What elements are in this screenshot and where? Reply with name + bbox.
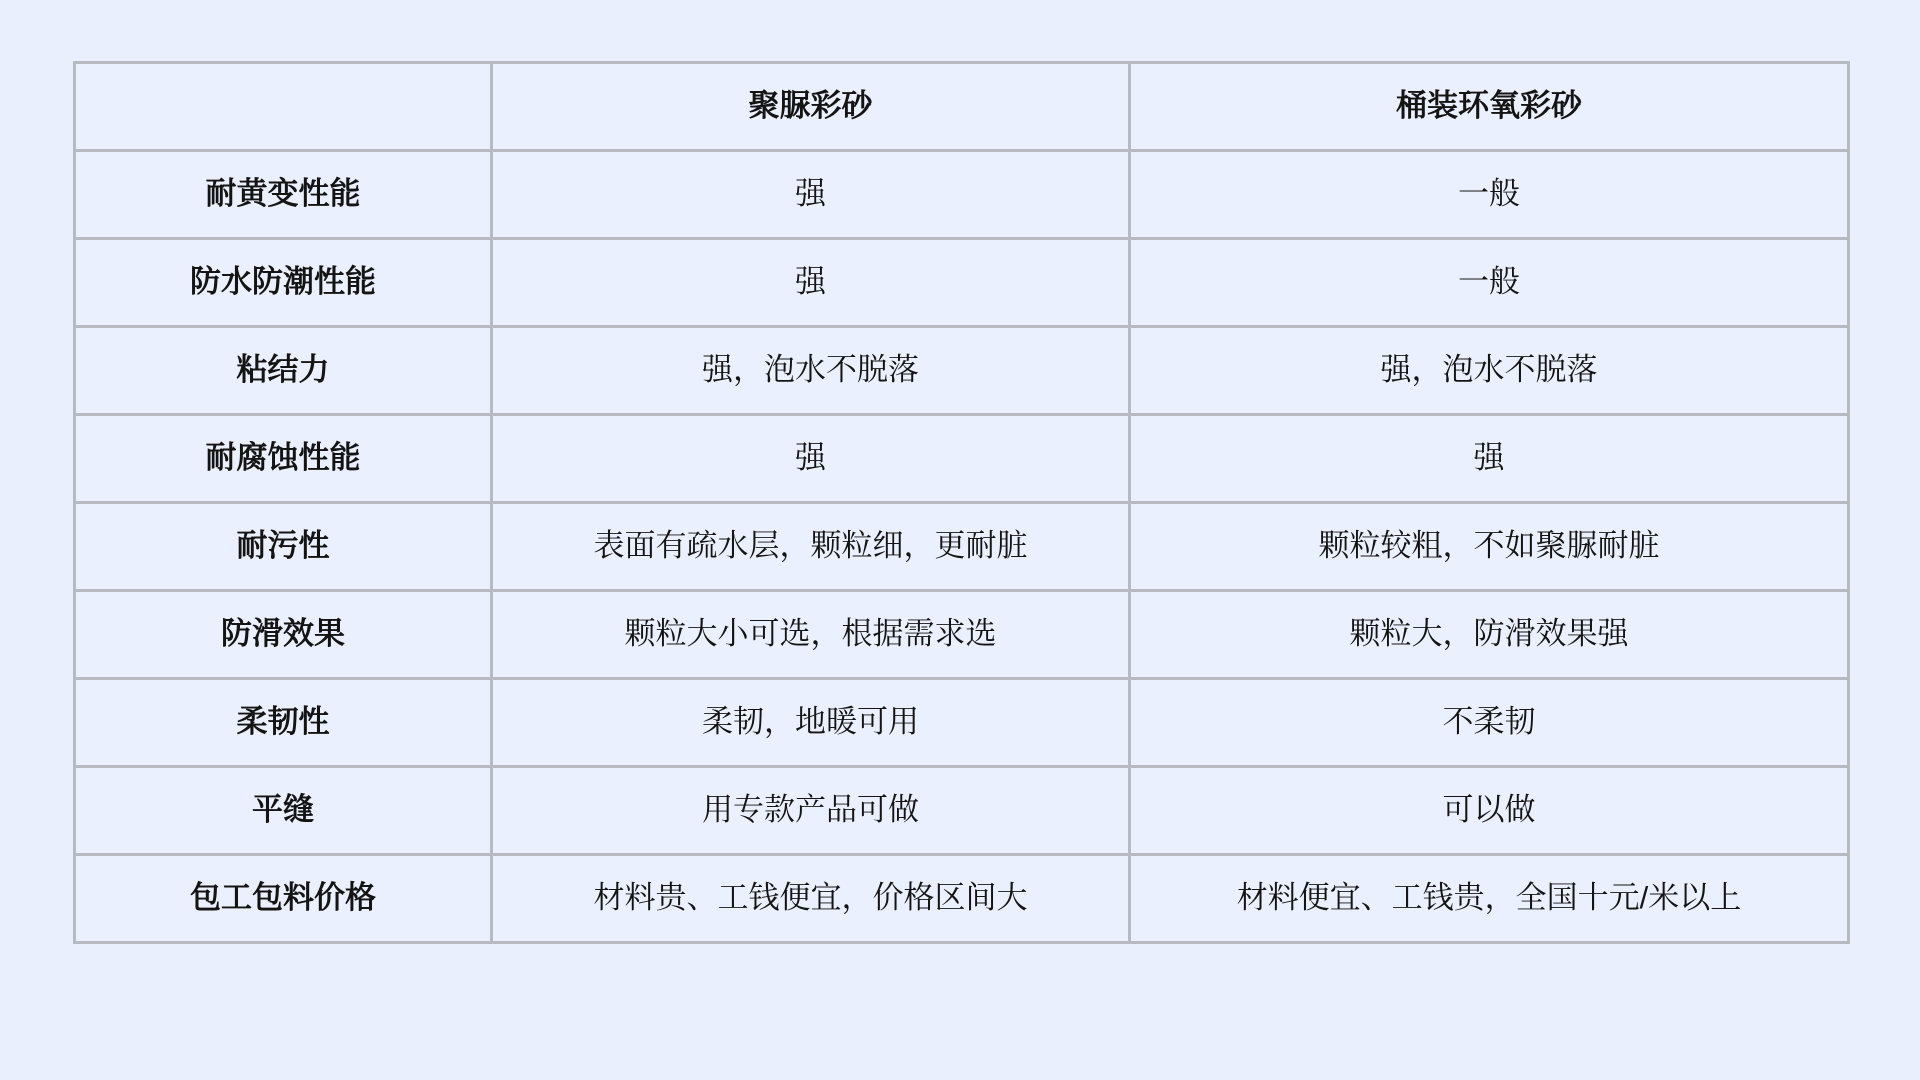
cell-epoxy-value: 材料便宜、工钱贵，全国十元/米以上: [1130, 855, 1849, 943]
cell-epoxy-value: 颗粒较粗，不如聚脲耐脏: [1130, 503, 1849, 591]
cell-polyurea-value: 颗粒大小可选，根据需求选: [492, 591, 1130, 679]
cell-polyurea-value: 强: [492, 239, 1130, 327]
cell-polyurea-value: 柔韧，地暖可用: [492, 679, 1130, 767]
cell-polyurea-value: 表面有疏水层，颗粒细，更耐脏: [492, 503, 1130, 591]
header-row: 聚脲彩砂 桶装环氧彩砂: [75, 63, 1849, 151]
row-label: 耐腐蚀性能: [75, 415, 492, 503]
cell-epoxy-value: 一般: [1130, 151, 1849, 239]
row-label: 防水防潮性能: [75, 239, 492, 327]
row-label: 防滑效果: [75, 591, 492, 679]
cell-polyurea-value: 强，泡水不脱落: [492, 327, 1130, 415]
comparison-table: 聚脲彩砂 桶装环氧彩砂 耐黄变性能强一般防水防潮性能强一般粘结力强，泡水不脱落强…: [73, 61, 1850, 944]
row-label: 平缝: [75, 767, 492, 855]
cell-polyurea-value: 强: [492, 151, 1130, 239]
row-label: 柔韧性: [75, 679, 492, 767]
table-row: 包工包料价格材料贵、工钱便宜，价格区间大材料便宜、工钱贵，全国十元/米以上: [75, 855, 1849, 943]
row-label: 耐黄变性能: [75, 151, 492, 239]
row-label: 耐污性: [75, 503, 492, 591]
cell-epoxy-value: 可以做: [1130, 767, 1849, 855]
comparison-table-wrapper: 聚脲彩砂 桶装环氧彩砂 耐黄变性能强一般防水防潮性能强一般粘结力强，泡水不脱落强…: [73, 61, 1850, 944]
table-row: 防滑效果颗粒大小可选，根据需求选颗粒大，防滑效果强: [75, 591, 1849, 679]
table-row: 防水防潮性能强一般: [75, 239, 1849, 327]
cell-polyurea-value: 材料贵、工钱便宜，价格区间大: [492, 855, 1130, 943]
row-label: 粘结力: [75, 327, 492, 415]
header-cell-polyurea: 聚脲彩砂: [492, 63, 1130, 151]
cell-epoxy-value: 颗粒大，防滑效果强: [1130, 591, 1849, 679]
cell-epoxy-value: 强，泡水不脱落: [1130, 327, 1849, 415]
cell-polyurea-value: 用专款产品可做: [492, 767, 1130, 855]
table-row: 耐腐蚀性能强强: [75, 415, 1849, 503]
cell-polyurea-value: 强: [492, 415, 1130, 503]
cell-epoxy-value: 强: [1130, 415, 1849, 503]
cell-epoxy-value: 不柔韧: [1130, 679, 1849, 767]
table-row: 耐污性表面有疏水层，颗粒细，更耐脏颗粒较粗，不如聚脲耐脏: [75, 503, 1849, 591]
table-row: 平缝用专款产品可做可以做: [75, 767, 1849, 855]
header-cell-epoxy: 桶装环氧彩砂: [1130, 63, 1849, 151]
row-label: 包工包料价格: [75, 855, 492, 943]
table-row: 耐黄变性能强一般: [75, 151, 1849, 239]
cell-epoxy-value: 一般: [1130, 239, 1849, 327]
table-row: 柔韧性柔韧，地暖可用不柔韧: [75, 679, 1849, 767]
header-cell-blank: [75, 63, 492, 151]
table-row: 粘结力强，泡水不脱落强，泡水不脱落: [75, 327, 1849, 415]
